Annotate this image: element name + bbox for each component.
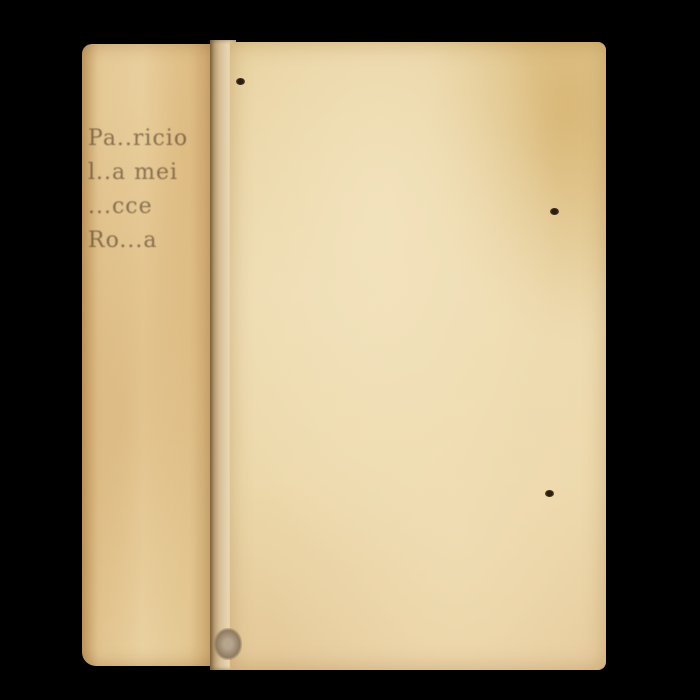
book-photo: Pa..ricio l..a mei ...cce Ro...a xyxy=(0,0,700,700)
vellum-tear xyxy=(214,628,242,660)
spine-line: ...cce xyxy=(88,190,214,224)
book-spine: Pa..ricio l..a mei ...cce Ro...a xyxy=(82,44,216,666)
tie-hole xyxy=(236,78,245,85)
spine-inscription: Pa..ricio l..a mei ...cce Ro...a xyxy=(88,122,214,258)
tie-hole xyxy=(550,208,559,215)
tie-hole xyxy=(545,490,554,497)
spine-line: l..a mei xyxy=(88,156,214,190)
spine-line: Pa..ricio xyxy=(88,122,214,156)
spine-line: Ro...a xyxy=(88,224,214,258)
front-cover xyxy=(230,42,606,670)
